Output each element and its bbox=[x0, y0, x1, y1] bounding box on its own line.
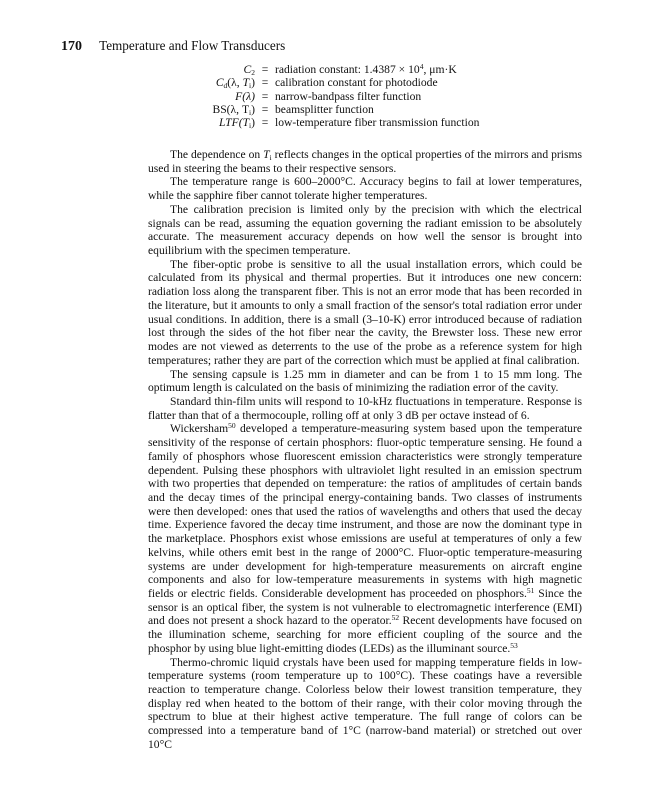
definition-text: calibration constant for photodiode bbox=[272, 76, 438, 89]
definition-f: F(λ) = narrow-bandpass filter function bbox=[150, 90, 580, 103]
equals-sign: = bbox=[258, 63, 272, 76]
footnote-ref: 50 bbox=[228, 421, 236, 430]
paragraph-calibration-precision: The calibration precision is limited onl… bbox=[148, 203, 582, 258]
definition-cd: Cd(λ, Ti) = calibration constant for pho… bbox=[150, 76, 580, 89]
definition-symbol: C2 bbox=[150, 63, 258, 76]
paragraph-liquid-crystals: Thermo-chromic liquid crystals have been… bbox=[148, 656, 582, 752]
definition-symbol: F(λ) bbox=[150, 90, 258, 103]
equals-sign: = bbox=[258, 76, 272, 89]
definition-symbol: LTF(Ti) bbox=[150, 116, 258, 129]
equals-sign: = bbox=[258, 116, 272, 129]
definition-text: narrow-bandpass filter function bbox=[272, 90, 421, 103]
equals-sign: = bbox=[258, 103, 272, 116]
definition-text: radiation constant: 1.4387 × 104, μm·K bbox=[272, 63, 457, 76]
paragraph-temperature-range: The temperature range is 600–2000°C. Acc… bbox=[148, 175, 582, 202]
definition-ltf: LTF(Ti) = low-temperature fiber transmis… bbox=[150, 116, 580, 129]
footnote-ref: 53 bbox=[510, 641, 518, 650]
definition-symbol: BS(λ, Ti) bbox=[150, 103, 258, 116]
footnote-ref: 52 bbox=[392, 613, 400, 622]
paragraph-fluor-optic: Wickersham50 developed a temperature-mea… bbox=[148, 422, 582, 655]
running-title: Temperature and Flow Transducers bbox=[99, 38, 285, 53]
definition-c2: C2 = radiation constant: 1.4387 × 104, μ… bbox=[150, 63, 580, 76]
equals-sign: = bbox=[258, 90, 272, 103]
paragraph-sensing-capsule: The sensing capsule is 1.25 mm in diamet… bbox=[148, 368, 582, 395]
definition-text: low-temperature fiber transmission funct… bbox=[272, 116, 479, 129]
definition-text: beamsplitter function bbox=[272, 103, 374, 116]
definition-symbol: Cd(λ, Ti) bbox=[150, 76, 258, 89]
paragraph-installation-errors: The fiber-optic probe is sensitive to al… bbox=[148, 258, 582, 368]
running-header: 170 Temperature and Flow Transducers bbox=[61, 38, 285, 55]
paragraph-ti-dependence: The dependence on Ti reflects changes in… bbox=[148, 148, 582, 175]
body-text: The dependence on Ti reflects changes in… bbox=[148, 148, 582, 752]
definition-bs: BS(λ, Ti) = beamsplitter function bbox=[150, 103, 580, 116]
paragraph-thin-film-response: Standard thin-film units will respond to… bbox=[148, 395, 582, 422]
page-number: 170 bbox=[61, 39, 82, 54]
symbol-definitions: C2 = radiation constant: 1.4387 × 104, μ… bbox=[150, 63, 580, 129]
